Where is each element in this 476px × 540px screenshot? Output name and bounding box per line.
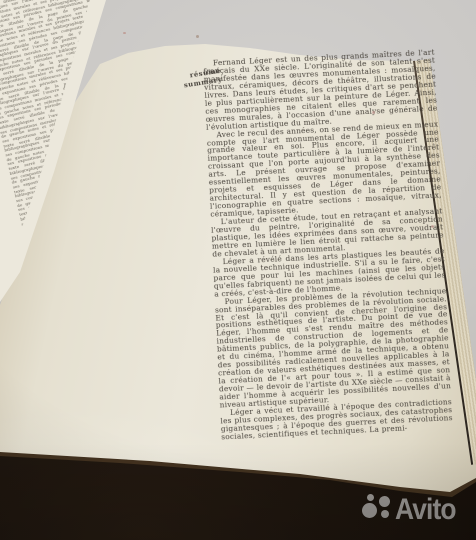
photo-open-book: texte serré illisible de la page de gauc…: [0, 0, 476, 540]
avito-logo-icon: [356, 492, 392, 528]
resume-paragraphs: Fernand Léger est un des plus grands maî…: [203, 49, 453, 442]
avito-watermark: Avito: [356, 492, 464, 528]
resume-paragraph: Pour Léger, les problèmes de la révoluti…: [214, 287, 451, 410]
resume-paragraph: Fernand Léger est un des plus grands maî…: [203, 49, 438, 132]
resume-paragraph: Avec le recul des années, on se rend de …: [206, 120, 442, 219]
resume-text-block: résumé summary Fernand Léger est un des …: [203, 49, 453, 442]
avito-watermark-text: Avito: [395, 492, 456, 528]
